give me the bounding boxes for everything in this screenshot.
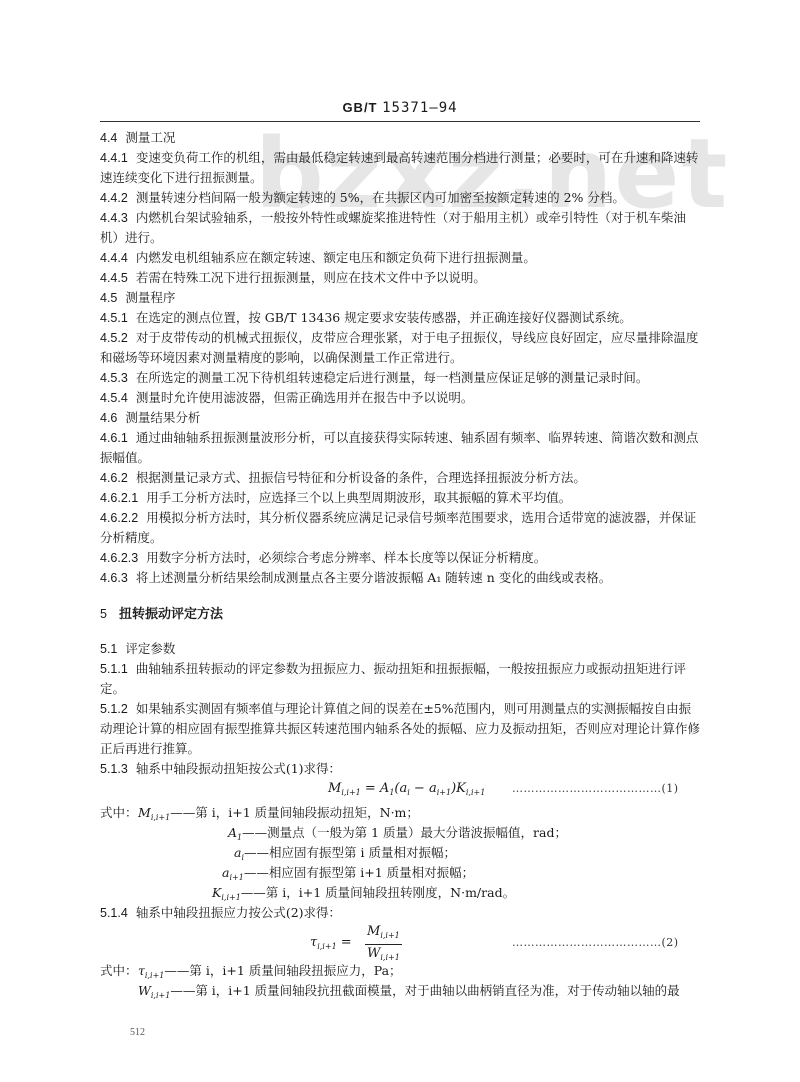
clause-number: 4.4.3 bbox=[100, 211, 128, 225]
standard-code: 15371—94 bbox=[382, 100, 457, 116]
definitions-1: 式中： Mi,i+1——第 i，i+1 质量间轴段振动扭矩，N·m； A1——测… bbox=[100, 803, 700, 903]
clause-text: 测量时允许使用滤波器，但需正确选用并在报告中予以说明。 bbox=[136, 390, 474, 405]
clause-text: 用数字分析方法时，必须综合考虑分辨率、样本长度等以保证分析精度。 bbox=[146, 550, 546, 565]
clause-number: 4.4 bbox=[100, 131, 117, 145]
clause-text: 测量工况 bbox=[125, 130, 175, 145]
clause-paragraph: 4.6.2.1用手工分析方法时，应选择三个以上典型周期波形，取其振幅的算术平均值… bbox=[100, 488, 700, 508]
definitions-2: 式中： τi,i+1——第 i，i+1 质量间轴段扭振应力，Pa； Wi,i+1… bbox=[100, 961, 700, 1001]
clause-number: 4.5.3 bbox=[100, 371, 128, 385]
definitions-intro: 式中： bbox=[100, 961, 138, 981]
clause-number: 4.6.2.1 bbox=[100, 491, 138, 505]
header-rule bbox=[100, 121, 700, 122]
clause-paragraph: 4.5.3在所选定的测量工况下待机组转速稳定后进行测量，每一档测量应保证足够的测… bbox=[100, 368, 700, 388]
clause-text: 评定参数 bbox=[125, 641, 175, 656]
formula-2-label: (2) bbox=[662, 936, 679, 949]
clause-number: 5.1.2 bbox=[100, 702, 128, 716]
clause-paragraph: 4.4.3内燃机台架试验轴系，一般按外特性或螺旋桨推进特性（对于船用主机）或牵引… bbox=[100, 208, 700, 248]
clause-paragraph: 5.1.2如果轴系实测固有频率值与理论计算值之间的误差在±5%范围内，则可用测量… bbox=[100, 699, 700, 759]
clause-paragraph: 4.6.3将上述测量分析结果绘制成测量点各主要分谐波振幅 A₁ 随转速 n 变化… bbox=[100, 568, 700, 588]
clause-number: 4.5.1 bbox=[100, 311, 128, 325]
clause-number: 4.5 bbox=[100, 291, 117, 305]
formula-2-leader: …………………………………(2) bbox=[512, 933, 679, 953]
clause-text: 变速变负荷工作的机组，需由最低稳定转速到最高转速范围分档进行测量；必要时，可在升… bbox=[100, 150, 698, 185]
clause-text: 用模拟分析方法时，其分析仪器系统应满足记录信号频率范围要求，选用合适带宽的滤波器… bbox=[100, 510, 696, 545]
clause-text: 对于皮带传动的机械式扭振仪，皮带应合理张紧，对于电子扭振仪，导线应良好固定，应尽… bbox=[100, 330, 698, 365]
section-heading: 4.4测量工况 bbox=[100, 128, 700, 148]
clause-paragraph: 4.6.2根据测量记录方式、扭振信号特征和分析设备的条件，合理选择扭振波分析方法… bbox=[100, 468, 700, 488]
clause-number: 4.6.2 bbox=[100, 471, 128, 485]
clause-number: 4.4.5 bbox=[100, 271, 128, 285]
formula-2-numerator: Mi,i+1 bbox=[365, 923, 402, 945]
clause-paragraph: 5.1.1曲轴轴系扭转振动的评定参数为扭振应力、振动扭矩和扭振振幅，一般按扭振应… bbox=[100, 659, 700, 699]
sections-container: 4.4测量工况4.4.1变速变负荷工作的机组，需由最低稳定转速到最高转速范围分档… bbox=[100, 128, 700, 779]
formula-1-leader: …………………………………(1) bbox=[512, 779, 679, 799]
clause-number: 5.1.4 bbox=[100, 906, 128, 920]
clause-paragraph: 4.5.1在选定的测点位置，按 GB/T 13436 规定要求安装传感器，并正确… bbox=[100, 308, 700, 328]
clause-number: 4.6.1 bbox=[100, 431, 128, 445]
definition-item: Ki,i+1——第 i，i+1 质量间轴段扭转刚度，N·m/rad。 bbox=[212, 883, 515, 908]
clause-number: 4.4.4 bbox=[100, 251, 128, 265]
clause-text: 测量结果分析 bbox=[125, 410, 200, 425]
definition-item: Wi,i+1——第 i，i+1 质量间轴段抗扭截面模量，对于曲轴以曲柄销直径为准… bbox=[138, 981, 680, 1006]
clause-paragraph: 4.6.2.3用数字分析方法时，必须综合考虑分辨率、样本长度等以保证分析精度。 bbox=[100, 548, 700, 568]
formula-2-lhs: τi,i+1 = bbox=[310, 933, 352, 957]
clause-text: 曲轴轴系扭转振动的评定参数为扭振应力、振动扭矩和扭振振幅，一般按扭振应力或振动扭… bbox=[100, 661, 686, 696]
document-page: bzxz.net GB/T 15371—94 4.4测量工况4.4.1变速变负荷… bbox=[0, 0, 800, 1082]
formula-2: τi,i+1 = Mi,i+1 Wi,i+1 …………………………………(2) bbox=[100, 923, 700, 961]
clause-text: 若需在特殊工况下进行扭振测量，则应在技术文件中予以说明。 bbox=[136, 270, 486, 285]
clause-number: 4.6 bbox=[100, 411, 117, 425]
clause-paragraph: 4.6.2.2用模拟分析方法时，其分析仪器系统应满足记录信号频率范围要求，选用合… bbox=[100, 508, 700, 548]
definitions-intro: 式中： bbox=[100, 803, 138, 823]
page-header: GB/T 15371—94 bbox=[0, 100, 800, 116]
formula-1-expression: Mi,i+1 = A1(ai − ai+1)Ki,i+1 bbox=[328, 779, 485, 803]
clause-text: 用手工分析方法时，应选择三个以上典型周期波形，取其振幅的算术平均值。 bbox=[146, 490, 571, 505]
clause-number: 4.4.1 bbox=[100, 151, 128, 165]
clause-text: 在所选定的测量工况下待机组转速稳定后进行测量，每一档测量应保证足够的测量记录时间… bbox=[136, 370, 649, 385]
clause-number: 5.1 bbox=[100, 642, 117, 656]
clause-paragraph: 4.5.4测量时允许使用滤波器，但需正确选用并在报告中予以说明。 bbox=[100, 388, 700, 408]
section-heading: 5扭转振动评定方法 bbox=[100, 604, 700, 625]
standard-prefix: GB/T bbox=[342, 100, 377, 115]
section-heading: 4.6测量结果分析 bbox=[100, 408, 700, 428]
clause-text: 在选定的测点位置，按 GB/T 13436 规定要求安装传感器，并正确连接好仪器… bbox=[136, 310, 632, 325]
clause-number: 4.5.4 bbox=[100, 391, 128, 405]
clause-text: 轴系中轴段振动扭矩按公式(1)求得： bbox=[136, 761, 341, 776]
section-heading: 5.1评定参数 bbox=[100, 639, 700, 659]
clause-number: 5.1.1 bbox=[100, 662, 128, 676]
clause-text: 内燃机台架试验轴系，一般按外特性或螺旋桨推进特性（对于船用主机）或牵引特性（对于… bbox=[100, 210, 686, 245]
formula-2-fraction: Mi,i+1 Wi,i+1 bbox=[365, 923, 402, 966]
clause-text: 测量程序 bbox=[125, 290, 175, 305]
clause-paragraph: 4.5.2对于皮带传动的机械式扭振仪，皮带应合理张紧，对于电子扭振仪，导线应良好… bbox=[100, 328, 700, 368]
clause-number: 4.6.3 bbox=[100, 571, 128, 585]
clause-text: 扭转振动评定方法 bbox=[119, 607, 223, 622]
formula-1-label: (1) bbox=[662, 782, 679, 795]
page-number: 512 bbox=[130, 1027, 145, 1038]
clause-number: 4.6.2.2 bbox=[100, 511, 138, 525]
clause-paragraph: 5.1.3轴系中轴段振动扭矩按公式(1)求得： bbox=[100, 759, 700, 779]
clause-text: 如果轴系实测固有频率值与理论计算值之间的误差在±5%范围内，则可用测量点的实测振… bbox=[100, 701, 700, 756]
clause-paragraph: 4.4.1变速变负荷工作的机组，需由最低稳定转速到最高转速范围分档进行测量；必要… bbox=[100, 148, 700, 188]
clause-paragraph: 4.4.2测量转速分档间隔一般为额定转速的 5%，在共振区内可加密至按额定转速的… bbox=[100, 188, 700, 208]
clause-number: 4.4.2 bbox=[100, 191, 128, 205]
clause-number: 5.1.3 bbox=[100, 762, 128, 776]
clause-number: 4.5.2 bbox=[100, 331, 128, 345]
clause-text: 将上述测量分析结果绘制成测量点各主要分谐波振幅 A₁ 随转速 n 变化的曲线或表… bbox=[136, 570, 611, 585]
document-body: 4.4测量工况4.4.1变速变负荷工作的机组，需由最低稳定转速到最高转速范围分档… bbox=[100, 128, 700, 1001]
clause-paragraph: 4.4.5若需在特殊工况下进行扭振测量，则应在技术文件中予以说明。 bbox=[100, 268, 700, 288]
clause-paragraph: 4.4.4内燃发电机组轴系应在额定转速、额定电压和额定负荷下进行扭振测量。 bbox=[100, 248, 700, 268]
clause-text: 内燃发电机组轴系应在额定转速、额定电压和额定负荷下进行扭振测量。 bbox=[136, 250, 536, 265]
clause-number: 5 bbox=[100, 607, 107, 621]
clause-paragraph: 4.6.1通过曲轴轴系扭振测量波形分析，可以直接获得实际转速、轴系固有频率、临界… bbox=[100, 428, 700, 468]
formula-1: Mi,i+1 = A1(ai − ai+1)Ki,i+1 ……………………………… bbox=[100, 779, 700, 803]
section-heading: 4.5测量程序 bbox=[100, 288, 700, 308]
clause-text: 测量转速分档间隔一般为额定转速的 5%，在共振区内可加密至按额定转速的 2% 分… bbox=[136, 190, 625, 205]
clause-text: 通过曲轴轴系扭振测量波形分析，可以直接获得实际转速、轴系固有频率、临界转速、简谐… bbox=[100, 430, 698, 465]
clause-text: 根据测量记录方式、扭振信号特征和分析设备的条件，合理选择扭振波分析方法。 bbox=[136, 470, 586, 485]
clause-number: 4.6.2.3 bbox=[100, 551, 138, 565]
